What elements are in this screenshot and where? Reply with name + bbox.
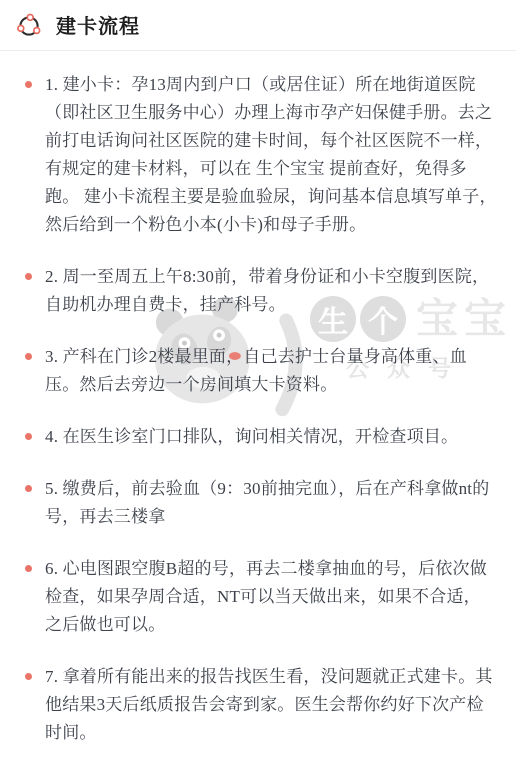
step-list: 1. 建小卡：孕13周内到户口（或居住证）所在地街道医院（即社区卫生服务中心）办… bbox=[0, 51, 516, 747]
bullet-icon bbox=[25, 81, 32, 88]
bullet-icon bbox=[25, 433, 32, 440]
list-item: 7. 拿着所有能出来的报告找医生看，没问题就正式建卡。其他结果3天后纸质报告会寄… bbox=[25, 663, 498, 747]
bullet-icon bbox=[25, 485, 32, 492]
list-item: 1. 建小卡：孕13周内到户口（或居住证）所在地街道医院（即社区卫生服务中心）办… bbox=[25, 71, 498, 239]
list-item: 6. 心电图跟空腹B超的号，再去二楼拿抽血的号，后依次做检查，如果孕周合适，NT… bbox=[25, 555, 498, 639]
step-text: 7. 拿着所有能出来的报告找医生看，没问题就正式建卡。其他结果3天后纸质报告会寄… bbox=[45, 663, 498, 747]
page-title: 建卡流程 bbox=[56, 10, 140, 39]
step-text: 4. 在医生诊室门口排队，询问相关情况，开检查项目。 bbox=[45, 423, 458, 451]
list-item: 2. 周一至周五上午8:30前，带着身份证和小卡空腹到医院，自助机办理自费卡，挂… bbox=[25, 263, 498, 319]
bullet-icon bbox=[25, 353, 32, 360]
step-text: 1. 建小卡：孕13周内到户口（或居住证）所在地街道医院（即社区卫生服务中心）办… bbox=[45, 71, 498, 239]
bullet-icon bbox=[25, 565, 32, 572]
brand-logo-icon bbox=[17, 13, 41, 37]
step-text: 5. 缴费后，前去验血（9：30前抽完血），后在产科拿做nt的号，再去三楼拿 bbox=[45, 475, 498, 531]
step-text: 6. 心电图跟空腹B超的号，再去二楼拿抽血的号，后依次做检查，如果孕周合适，NT… bbox=[45, 555, 498, 639]
bullet-icon bbox=[25, 673, 32, 680]
list-item: 4. 在医生诊室门口排队，询问相关情况，开检查项目。 bbox=[25, 423, 498, 451]
step-text: 3. 产科在门诊2楼最里面，自己去护士台量身高体重、血压。然后去旁边一个房间填大… bbox=[45, 343, 498, 399]
bullet-icon bbox=[25, 273, 32, 280]
header: 建卡流程 bbox=[0, 0, 516, 51]
step-text: 2. 周一至周五上午8:30前，带着身份证和小卡空腹到医院，自助机办理自费卡，挂… bbox=[45, 263, 498, 319]
list-item: 3. 产科在门诊2楼最里面，自己去护士台量身高体重、血压。然后去旁边一个房间填大… bbox=[25, 343, 498, 399]
list-item: 5. 缴费后，前去验血（9：30前抽完血），后在产科拿做nt的号，再去三楼拿 bbox=[25, 475, 498, 531]
